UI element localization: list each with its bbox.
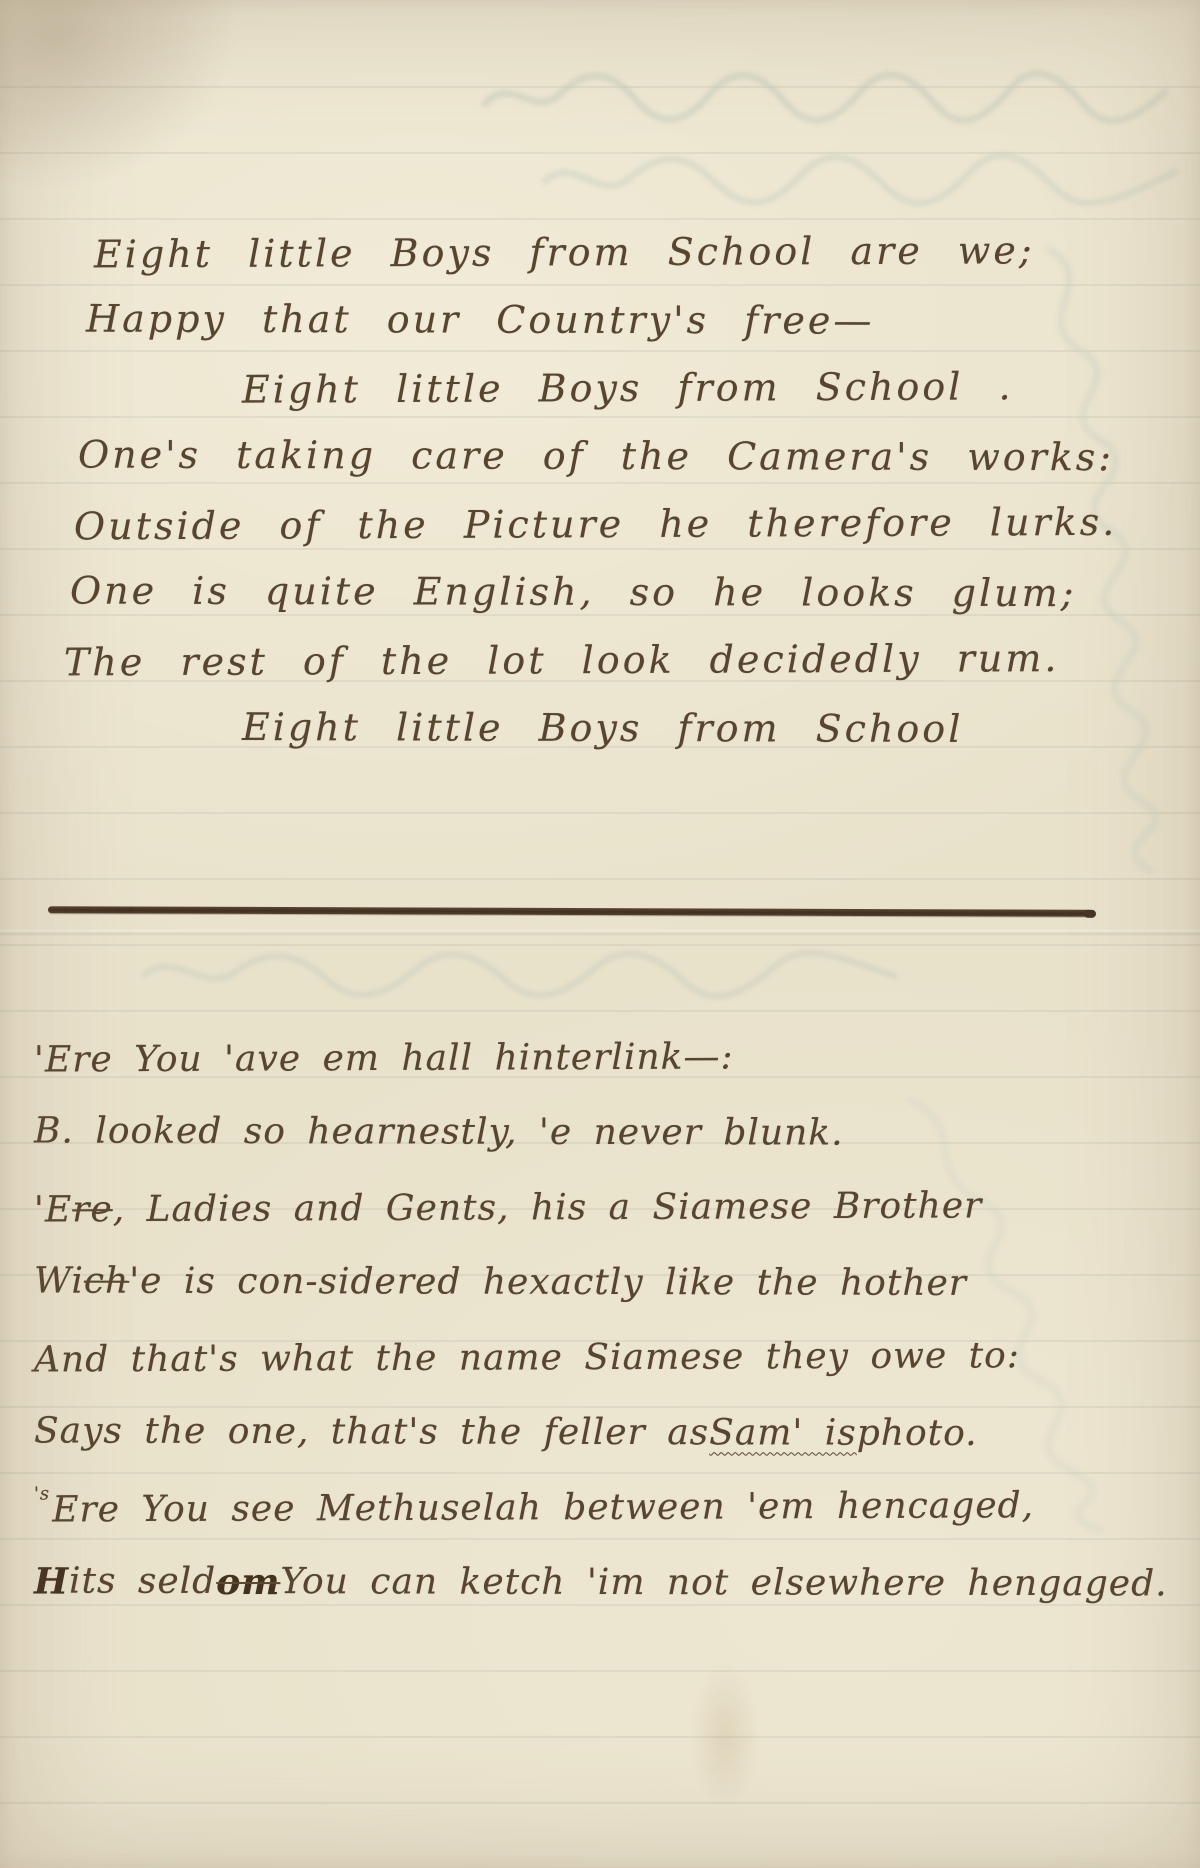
poem-segment: And that's what the name Siamese they ow… <box>34 1335 1020 1380</box>
poem-segment: , Ladies and Gents, his a Siamese Brothe… <box>113 1185 983 1230</box>
poem-segment: ch <box>84 1261 129 1302</box>
poem-line: And that's what the name Siamese they ow… <box>34 1317 1194 1397</box>
poem-line: One is quite English, so he looks glum; <box>70 557 1180 628</box>
bleedthrough-mark <box>540 146 1180 216</box>
poem-segment: Outside of the Picture he therefore lurk… <box>74 500 1117 549</box>
poem-segment: Eight little Boys from School <box>242 705 964 751</box>
bleedthrough-mark <box>140 944 900 1000</box>
poem-segment: One's taking care of the Camera's works: <box>78 433 1114 480</box>
poem-segment: 's <box>34 1483 50 1504</box>
poem-segment: Wi <box>34 1260 84 1301</box>
poem-segment: 'E <box>34 1189 72 1230</box>
poem-line: Eight little Boys from School . <box>70 352 1180 425</box>
poem-line: Says the one, that's the feller as Sam' … <box>34 1393 1194 1471</box>
poem-line: 'sEre You see Methuselah between 'em hen… <box>34 1467 1194 1547</box>
poem-segment: Eight little Boys from School . <box>242 364 1014 411</box>
poem-line: The rest of the lot look decidedly rum. <box>64 624 1180 697</box>
poem-line: Outside of the Picture he therefore lurk… <box>74 488 1180 561</box>
poem-segment: You can ketch 'im not elsewhere hengaged… <box>280 1561 1167 1604</box>
poem-line: 'Ere You 'ave em hall hinterlink—: <box>34 1017 1194 1097</box>
poem-segment: its seld <box>69 1561 216 1602</box>
hand-drawn-divider <box>48 906 1092 917</box>
poem-segment: 'Ere You 'ave em hall hinterlink—: <box>34 1036 734 1080</box>
poem-line: B. looked so hearnestly, 'e never blunk. <box>34 1093 1194 1171</box>
poem-segment: om <box>216 1560 280 1602</box>
poem-segment: The rest of the lot look decidedly rum. <box>64 636 1060 684</box>
poem-line: Hits seldom You can ketch 'im not elsewh… <box>34 1543 1194 1621</box>
manuscript-page: Eight little Boys from School are we;Hap… <box>0 0 1200 1868</box>
corner-smudge <box>0 0 270 207</box>
poem-segment: re <box>72 1189 113 1230</box>
poem-segment: Sam' is <box>709 1412 857 1453</box>
poem-line: Eight little Boys from School are we; <box>94 216 1180 289</box>
poem-line: Happy that our Country's free— <box>86 285 1180 356</box>
poem-stanza-2: 'Ere You 'ave em hall hinterlink—:B. loo… <box>34 1020 1194 1620</box>
poem-segment: B. looked so hearnestly, 'e never blunk. <box>34 1110 844 1153</box>
poem-segment: 'e is con-sidered hexactly like the hoth… <box>129 1261 967 1304</box>
fold-crease <box>0 930 1200 935</box>
poem-segment: Eight little Boys from School are we; <box>94 228 1035 276</box>
poem-line: Eight little Boys from School <box>70 693 1180 764</box>
poem-stanza-1: Eight little Boys from School are we;Hap… <box>70 218 1180 762</box>
poem-segment: One is quite English, so he looks glum; <box>70 569 1077 616</box>
poem-line: One's taking care of the Camera's works: <box>78 421 1180 492</box>
poem-line: Wich 'e is con-sidered hexactly like the… <box>34 1243 1194 1321</box>
poem-segment: Says the one, that's the feller as <box>34 1410 709 1453</box>
paper-stain <box>690 1660 760 1810</box>
poem-line: 'Ere, Ladies and Gents, his a Siamese Br… <box>34 1167 1194 1247</box>
poem-segment: photo. <box>857 1413 978 1454</box>
bleedthrough-mark <box>480 64 1170 134</box>
poem-segment: H <box>34 1560 69 1602</box>
poem-segment: Happy that our Country's free— <box>86 297 874 343</box>
poem-segment: Ere You see Methuselah between 'em henca… <box>52 1485 1034 1530</box>
